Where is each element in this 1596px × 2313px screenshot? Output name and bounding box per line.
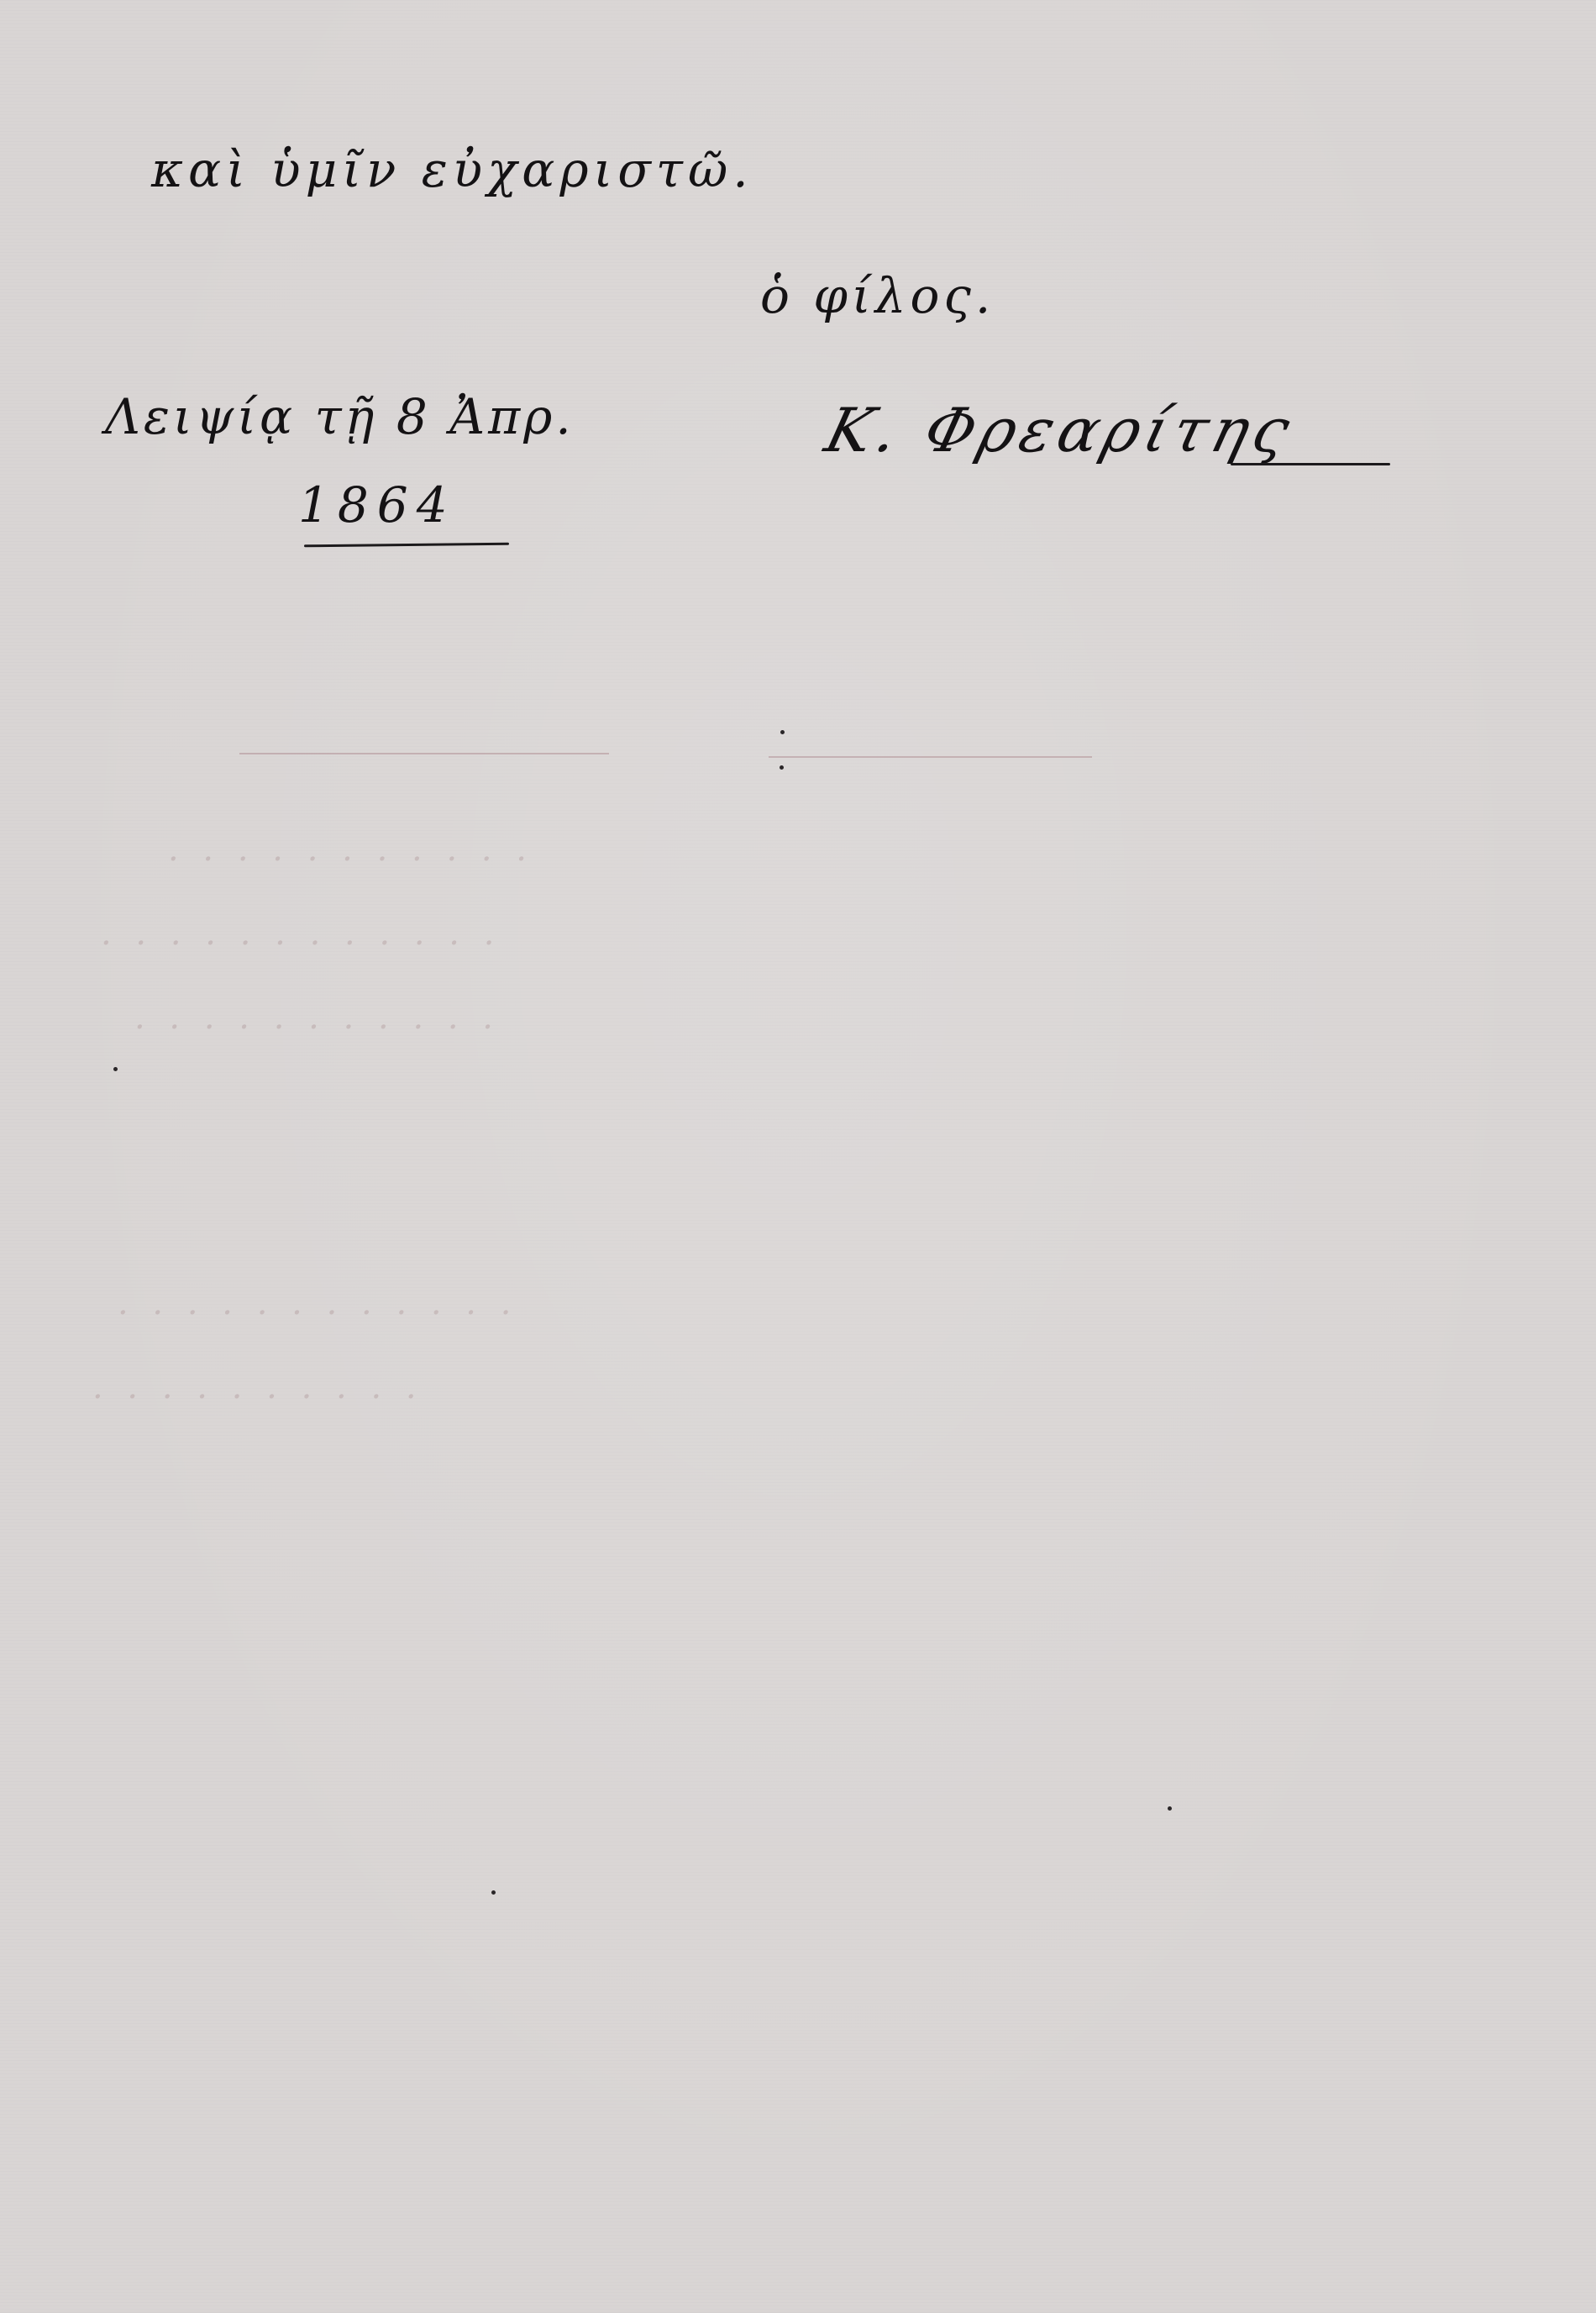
ink-speck [113,1067,118,1071]
bleed-through-text: · · · · · · · · · · · · [101,924,501,963]
bleed-through-text: · · · · · · · · · · · · [118,1294,517,1333]
signature: Κ. Φρεαρίτης [819,395,1302,465]
bleed-through-rule-left [239,753,609,754]
signature-flourish [1231,463,1390,465]
bleed-through-rule-right [769,756,1092,758]
year-underline [304,543,509,548]
letter-page: · · · · · · · · · · · · · · · · · · · · … [0,0,1596,2313]
ink-speck [491,1890,496,1895]
bleed-through-text: · · · · · · · · · · · [134,1008,500,1047]
year: 1864 [298,476,456,534]
bleed-through-text: · · · · · · · · · · [92,1378,423,1417]
closing-phrase: καὶ ὑμῖν εὐχαριστῶ. [151,141,753,198]
ink-speck [780,765,784,770]
bleed-through-text: · · · · · · · · · · · [168,840,533,879]
valediction: ὁ φίλος. [760,267,995,324]
ink-speck [1168,1806,1172,1811]
ink-speck [780,730,785,734]
place-and-date: Λειψίᾳ τῇ 8 Ἀπρ. [105,388,575,445]
